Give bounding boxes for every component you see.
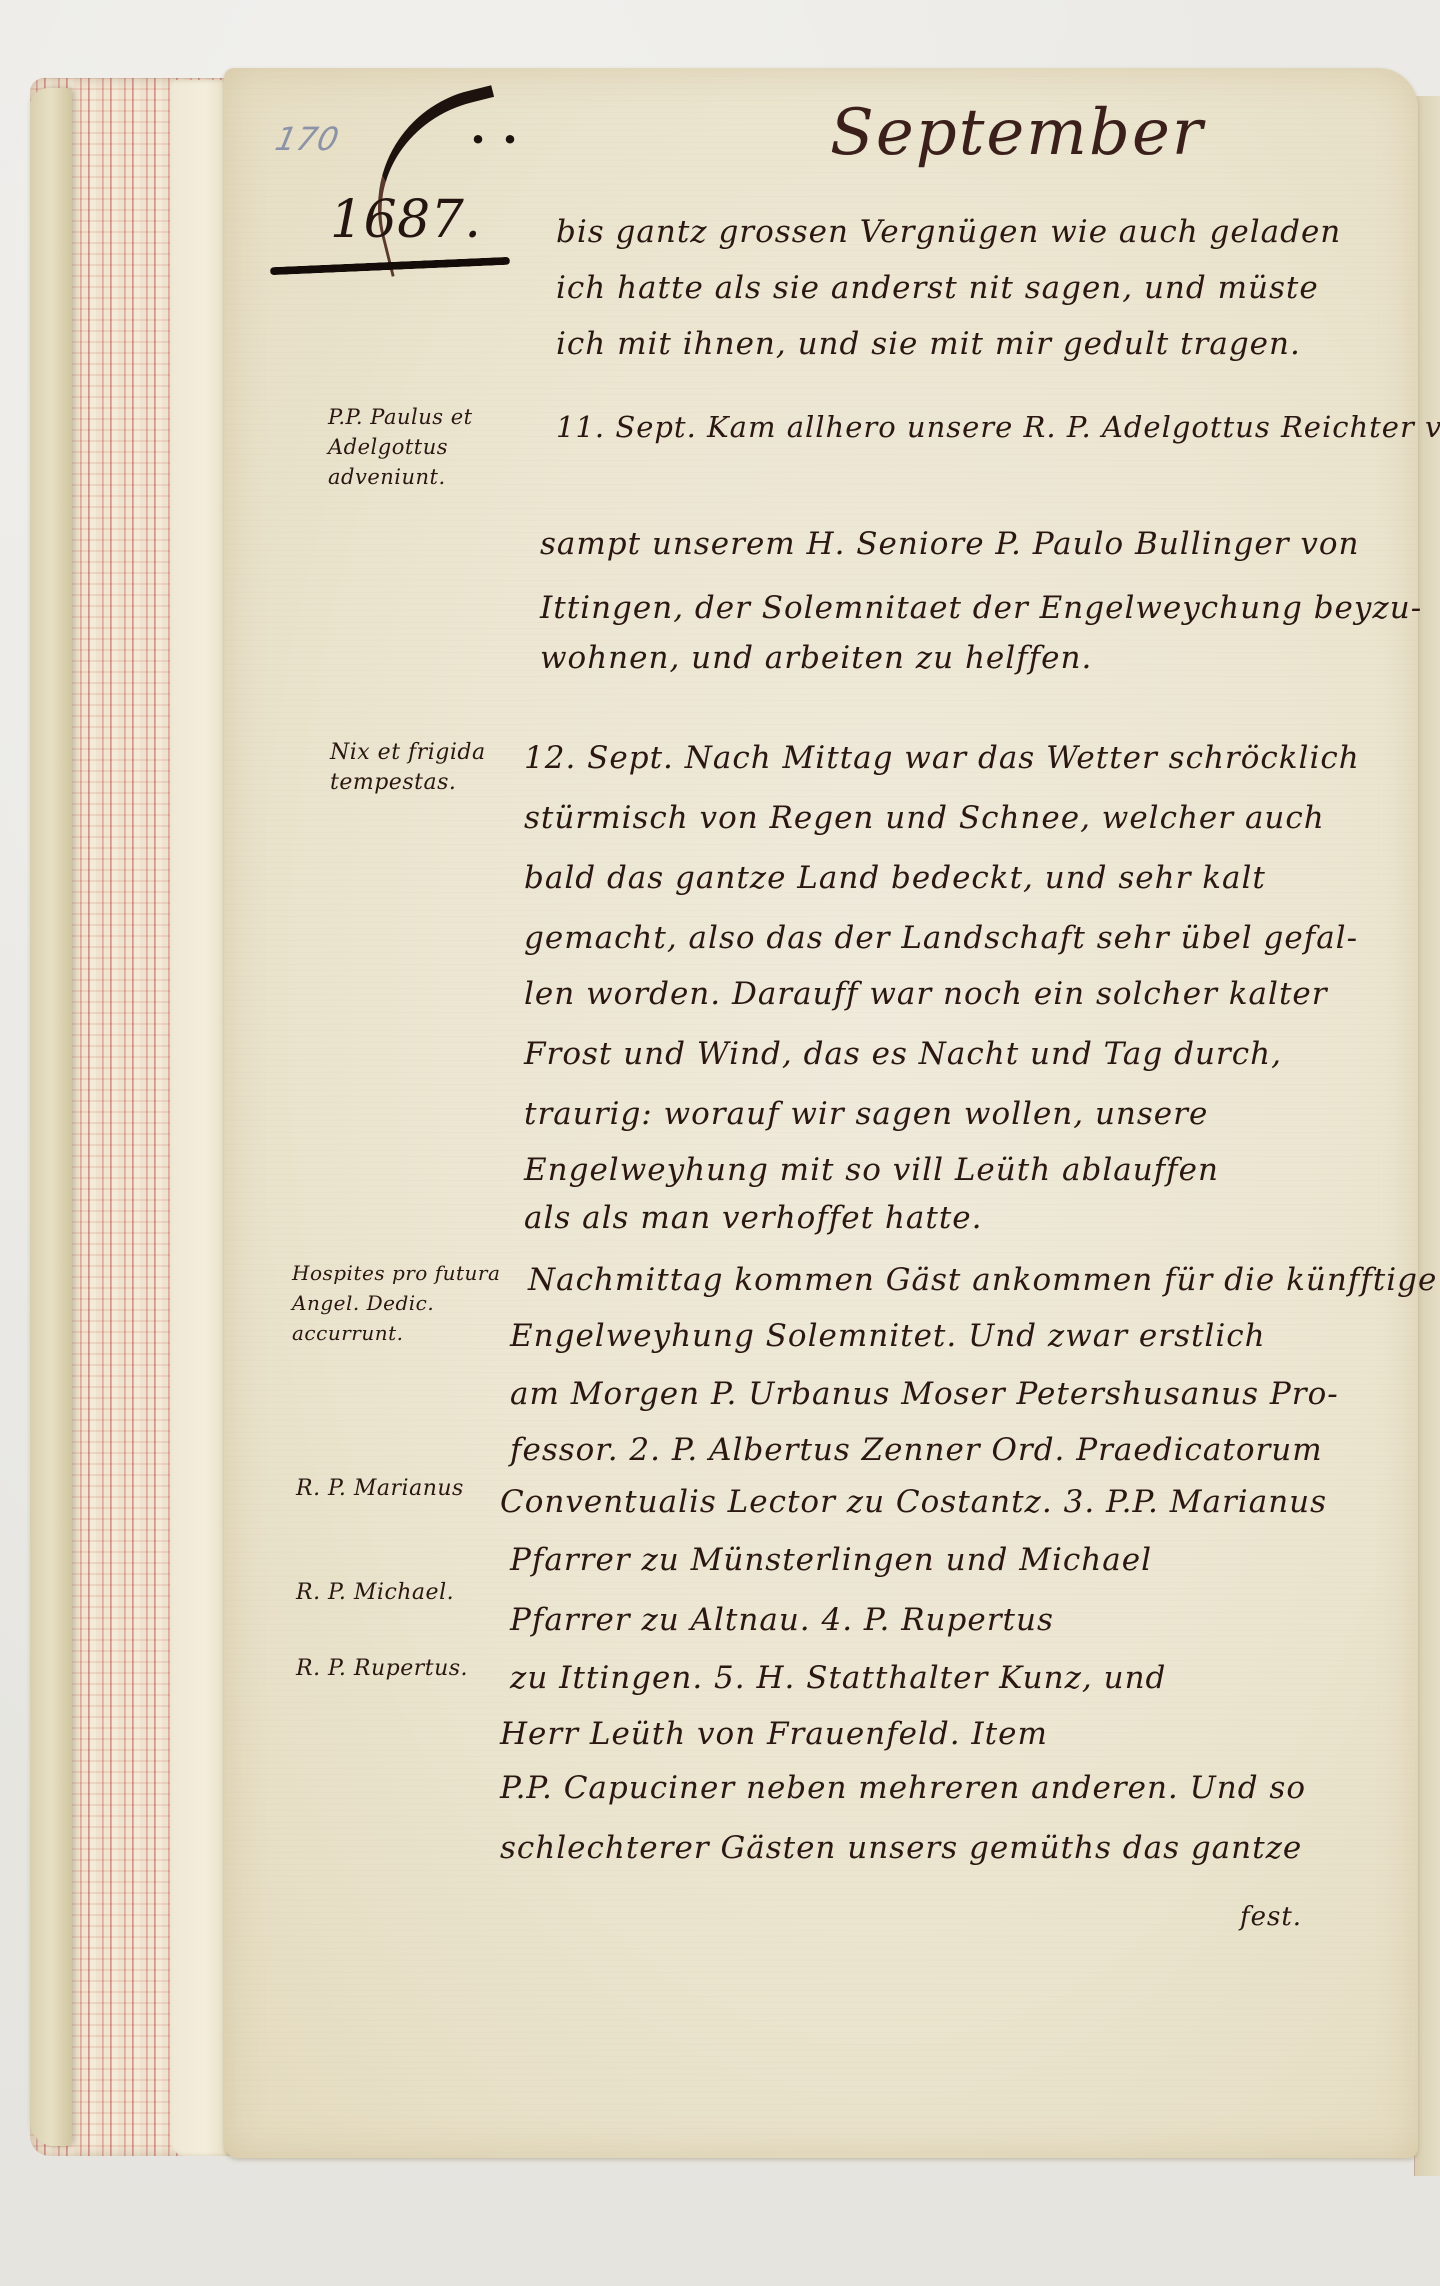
text-line: fessor. 2. P. Albertus Zenner Ord. Praed…	[510, 1432, 1323, 1468]
text-line: len worden. Darauff war noch ein solcher…	[524, 976, 1328, 1012]
text-line: Engelweyhung Solemnitet. Und zwar erstli…	[510, 1318, 1266, 1354]
ink-dots-decoration-icon: · ·	[470, 112, 518, 166]
text-line: Frost und Wind, das es Nacht und Tag dur…	[524, 1036, 1282, 1072]
text-line: ich hatte als sie anderst nit sagen, und…	[556, 270, 1319, 306]
text-line: Herr Leüth von Frauenfeld. Item	[500, 1716, 1048, 1752]
text-line: bald das gantze Land bedeckt, und sehr k…	[524, 860, 1266, 896]
margin-note: R. P. Michael.	[296, 1578, 454, 1608]
margin-note: Nix et frigida tempestas.	[330, 738, 520, 798]
text-line: bis gantz grossen Vergnügen wie auch gel…	[556, 214, 1341, 250]
text-line: wohnen, und arbeiten zu helffen.	[540, 640, 1092, 676]
text-line: Pfarrer zu Münsterlingen und Michael	[510, 1542, 1152, 1578]
text-line: Engelweyhung mit so vill Leüth ablauffen	[524, 1152, 1219, 1188]
text-line: Ittingen, der Solemnitaet der Engelweych…	[540, 590, 1422, 626]
text-line: 12. Sept. Nach Mittag war das Wetter sch…	[524, 740, 1360, 776]
page-number: 170	[272, 120, 343, 158]
text-line: P.P. Capuciner neben mehreren anderen. U…	[500, 1770, 1306, 1806]
text-line: sampt unserem H. Seniore P. Paulo Bullin…	[540, 526, 1360, 562]
text-line: stürmisch von Regen und Schnee, welcher …	[524, 800, 1325, 836]
margin-note: Hospites pro futura Angel. Dedic. accurr…	[292, 1258, 532, 1348]
page-stack-edge	[170, 80, 230, 2156]
margin-note: R. P. Marianus	[296, 1474, 464, 1504]
vellum-cover-edge	[30, 88, 72, 2146]
text-line: zu Ittingen. 5. H. Statthalter Kunz, und	[510, 1660, 1166, 1696]
text-line: 11. Sept. Kam allhero unsere R. P. Adelg…	[556, 410, 1440, 444]
text-line: ich mit ihnen, und sie mit mir gedult tr…	[556, 326, 1301, 362]
text-line: schlechterer Gästen unsers gemüths das g…	[500, 1830, 1302, 1866]
text-line: gemacht, also das der Landschaft sehr üb…	[524, 920, 1358, 956]
text-line: Conventualis Lector zu Costantz. 3. P.P.…	[500, 1484, 1327, 1520]
text-line: Nachmittag kommen Gäst ankommen für die …	[528, 1262, 1437, 1298]
text-line: traurig: worauf wir sagen wollen, unsere	[524, 1096, 1208, 1132]
text-line: am Morgen P. Urbanus Moser Petershusanus…	[510, 1376, 1339, 1412]
margin-note: P.P. Paulus et Adelgottus adveniunt.	[328, 402, 548, 492]
margin-note: R. P. Rupertus.	[296, 1654, 468, 1684]
text-line: als als man verhoffet hatte.	[524, 1200, 983, 1236]
month-header: September	[830, 96, 1204, 170]
text-line: Pfarrer zu Altnau. 4. P. Rupertus	[510, 1602, 1054, 1638]
text-line-catchword: fest.	[1240, 1902, 1302, 1932]
year-heading: 1687.	[330, 190, 481, 250]
